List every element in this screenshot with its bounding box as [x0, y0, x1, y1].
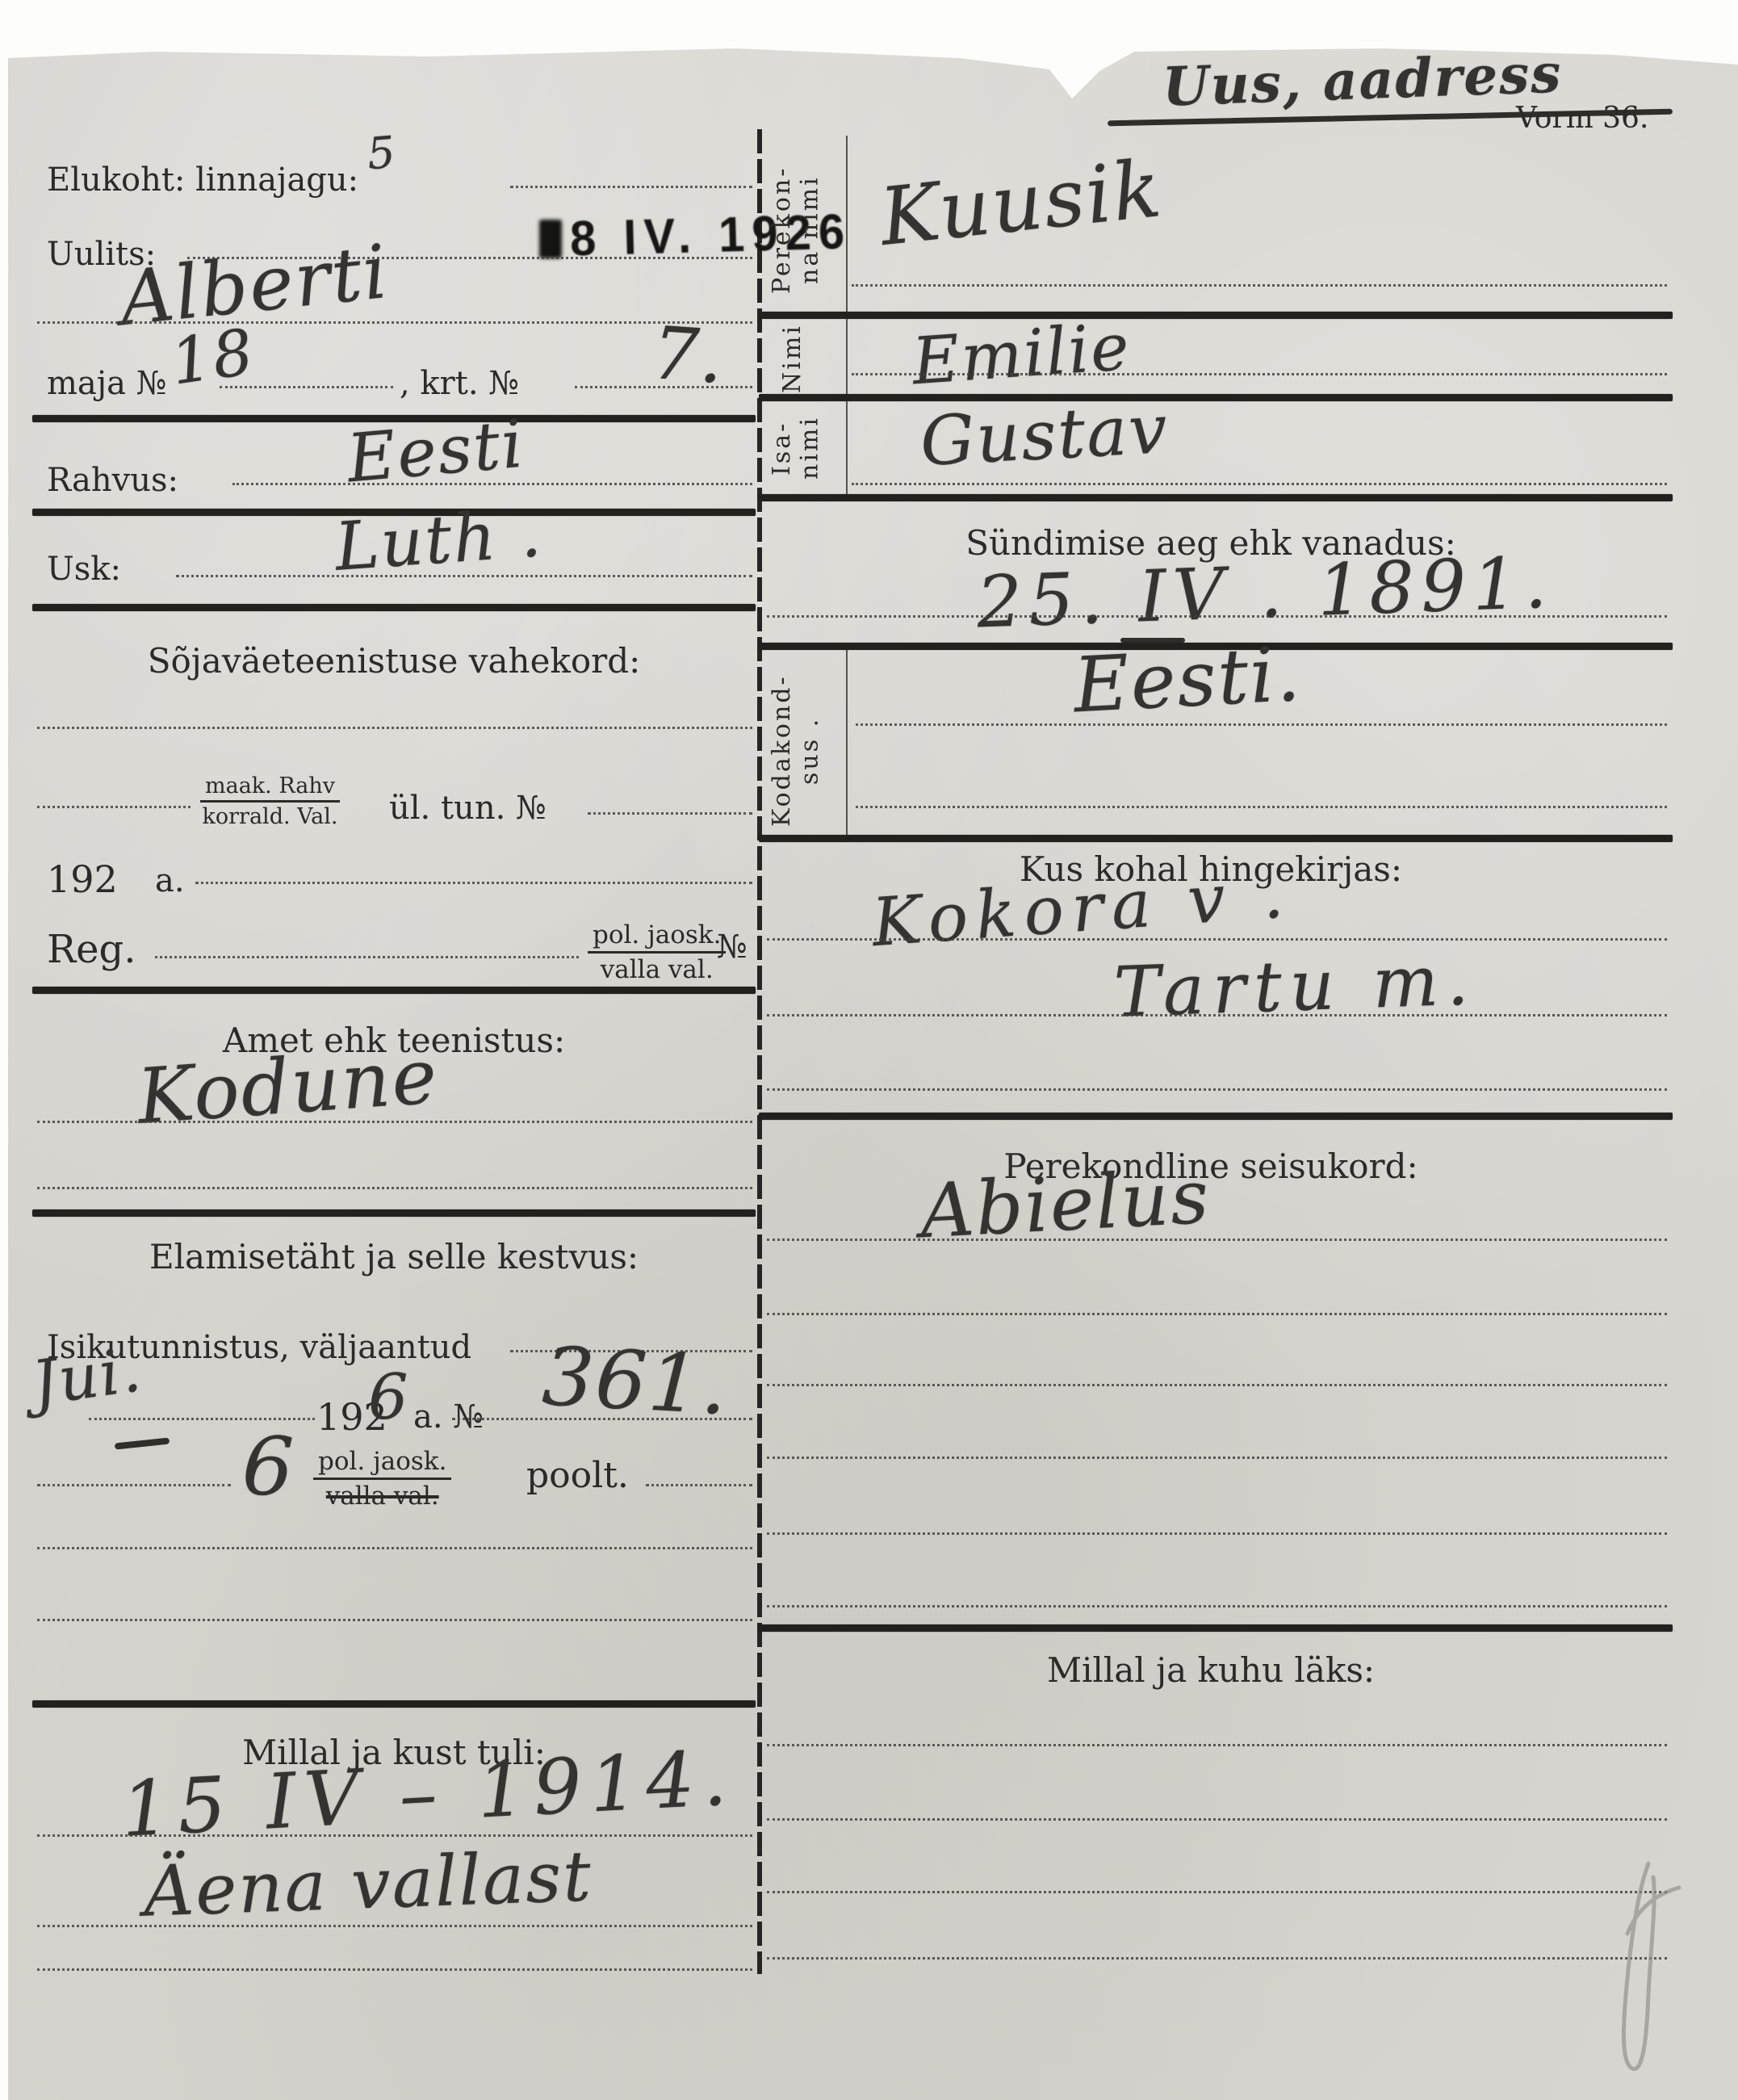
field-label-krt: , krt. № — [400, 365, 519, 402]
section-rule — [759, 394, 1673, 401]
field-value-usk: Luth . — [333, 495, 545, 586]
fraction-top: pol. jaosk. — [588, 920, 726, 954]
fraction-label-tunnistus: maak. Rahv korrald. Val. — [200, 773, 340, 829]
section-rule — [759, 835, 1673, 842]
field-value-isanimi: Gustav — [919, 389, 1171, 481]
field-label-reg-no: № — [717, 928, 748, 966]
dotted-line — [220, 386, 393, 388]
field-label-reg: Reg. — [47, 927, 136, 972]
dotted-line — [767, 615, 1667, 618]
field-label-kodakondsus: Kodakond- sus . — [768, 670, 824, 832]
dotted-line — [37, 1834, 752, 1837]
section-rule — [759, 1624, 1673, 1632]
fraction-bottom: korrald. Val. — [200, 803, 340, 829]
dotted-line — [767, 1891, 1667, 1893]
label-strip-line — [846, 319, 848, 397]
section-rule — [32, 604, 756, 611]
label-strip-line — [846, 401, 848, 496]
dotted-line — [232, 483, 752, 485]
section-heading-elamistaht: Elamisetäht ja selle kestvus: — [32, 1237, 756, 1276]
label-strip-line — [846, 650, 848, 837]
dotted-line — [176, 575, 752, 577]
fraction-top: pol. jaosk. — [313, 1447, 451, 1480]
dotted-line — [37, 1925, 752, 1927]
dotted-line — [852, 373, 1667, 375]
fraction-label-issuer: pol. jaosk. valla val. — [313, 1447, 451, 1511]
fraction-bottom: valla val. — [313, 1480, 451, 1511]
field-value-issuer-digit: 6 — [241, 1419, 297, 1515]
dotted-line — [767, 1532, 1667, 1535]
stamp-smudge — [539, 220, 562, 258]
dotted-line — [37, 1484, 231, 1486]
dotted-line — [510, 186, 752, 188]
field-label-perekonnanimi: Perekon- na nimi — [768, 153, 824, 307]
dotted-line — [195, 882, 752, 884]
field-label-ul-tun: ül. tun. № — [389, 790, 547, 827]
field-label-192: 192 — [47, 857, 118, 901]
dotted-line — [852, 284, 1667, 287]
column-divider — [757, 129, 762, 1974]
dotted-line — [767, 1744, 1667, 1746]
dotted-line — [767, 1818, 1667, 1821]
field-label-a: a. — [155, 862, 185, 899]
section-heading-laks: Millal ja kuhu läks: — [807, 1650, 1614, 1690]
dotted-line — [37, 806, 191, 808]
dotted-line — [767, 1239, 1667, 1241]
field-value-hingekirjas-2: Tartu m. — [1112, 940, 1477, 1033]
field-value-nimi: Emilie — [910, 309, 1133, 400]
field-value-tuli-from: Äena vallast — [142, 1836, 593, 1932]
dotted-line — [852, 483, 1667, 485]
section-rule — [32, 987, 756, 994]
label-strip-line — [846, 136, 848, 315]
dotted-line — [767, 1605, 1667, 1607]
field-label-poolt: poolt. — [526, 1455, 629, 1496]
dotted-line — [767, 938, 1667, 941]
dotted-line — [37, 727, 752, 729]
dotted-line — [37, 321, 752, 324]
section-heading-sojavaeteenistus: Sõjaväeteenistuse vahekord: — [32, 641, 756, 681]
dotted-line — [646, 1484, 752, 1486]
dotted-line — [37, 1121, 752, 1123]
dotted-line — [588, 812, 752, 815]
field-label-elukoht: Elukoht: linnajagu: — [47, 161, 358, 199]
dotted-line — [767, 1088, 1667, 1091]
fraction-bottom: valla val. — [588, 954, 726, 984]
field-label-a-no: a. № — [413, 1398, 484, 1436]
dotted-line — [155, 956, 579, 958]
field-label-usk: Usk: — [47, 551, 121, 588]
field-label-isanimi: Isa- nimi — [768, 404, 824, 493]
dotted-line — [575, 386, 752, 388]
form-number: Vorm 36. — [1516, 102, 1648, 135]
section-rule — [32, 1209, 756, 1217]
dotted-line — [452, 1418, 752, 1420]
scanned-form-page: Uus, aadress Vorm 36. Elukoht: linnajagu… — [0, 0, 1738, 2100]
dotted-line — [767, 1313, 1667, 1315]
dotted-line — [767, 1384, 1667, 1386]
dotted-line — [37, 1968, 752, 1971]
section-rule — [759, 1113, 1673, 1120]
field-label-rahvus: Rahvus: — [47, 462, 178, 499]
fraction-label-reg: pol. jaosk. valla val. — [588, 920, 726, 984]
pencil-mark — [1558, 1857, 1703, 2091]
dotted-line — [767, 1957, 1667, 1960]
dotted-line — [856, 723, 1667, 726]
dotted-line — [37, 1547, 752, 1549]
dotted-line — [37, 1619, 752, 1621]
field-value-year-digit: 6 — [368, 1361, 410, 1434]
field-value-kodakondsus: Eesti. — [1071, 631, 1304, 731]
field-value-elukoht: 5 — [365, 127, 399, 180]
dotted-line — [37, 1187, 752, 1189]
field-label-nimi: Nimi — [779, 321, 807, 396]
field-value-month: Jui. — [27, 1333, 146, 1419]
section-rule — [759, 494, 1673, 501]
section-rule — [32, 1700, 756, 1708]
dotted-line — [767, 1457, 1667, 1459]
fraction-top: maak. Rahv — [200, 773, 340, 803]
section-rule — [759, 312, 1673, 319]
dotted-line — [856, 806, 1667, 808]
dotted-line — [767, 1014, 1667, 1016]
field-label-maja: maja № — [47, 365, 167, 402]
